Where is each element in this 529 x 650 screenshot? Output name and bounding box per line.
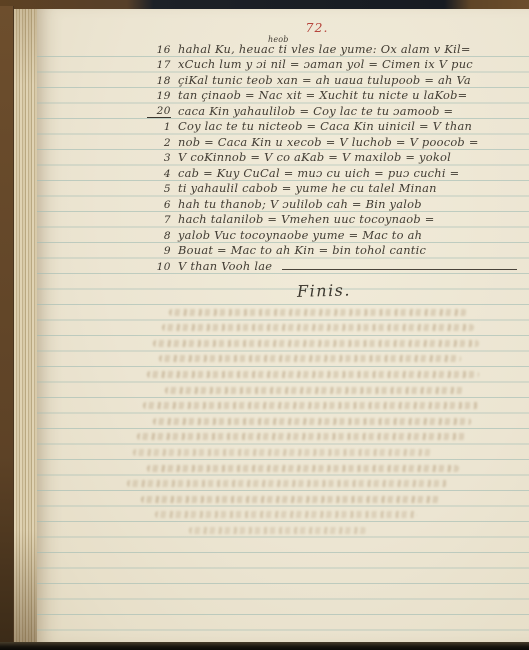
book-cover-spine bbox=[0, 6, 14, 650]
manuscript-page: 72. 16 hahal Ku, heuac ti vles lae yume:… bbox=[37, 9, 529, 642]
interlinear-correction: heob bbox=[268, 35, 289, 44]
line-text: hahal Ku, heuac ti vles lae yume: Ox ala… bbox=[178, 42, 471, 56]
line-number-label: 9 bbox=[147, 245, 171, 257]
line-number-label: 6 bbox=[147, 199, 171, 211]
finis-label: Finis. bbox=[297, 276, 518, 301]
manuscript-line: 18 çiKal tunic teob xan = ah uaua tulupo… bbox=[147, 71, 517, 87]
manuscript-line: 17 xCuch lum y ɔi nil = ɔaman yol = Cime… bbox=[147, 56, 517, 72]
line-text: tan çinaob = Nac xit = Xuchit tu nicte u… bbox=[178, 88, 467, 102]
folio-number: 72. bbox=[295, 20, 339, 35]
line-text: nob = Caca Kin u xecob = V luchob = V po… bbox=[178, 135, 479, 149]
manuscript-line: 10 V than Vooh lae bbox=[147, 257, 517, 273]
line-number-label: 8 bbox=[147, 230, 171, 242]
line-number-label: 18 bbox=[147, 75, 171, 87]
line-text: çiKal tunic teob xan = ah uaua tulupoob … bbox=[178, 73, 471, 87]
manuscript-photo: 72. 16 hahal Ku, heuac ti vles lae yume:… bbox=[0, 0, 529, 650]
line-text: Bouat = Mac to ah Kin = bin tohol cantic bbox=[178, 243, 426, 257]
line-text: hach talanilob = Vmehen uuc tocoynaob = bbox=[178, 212, 435, 226]
line-text: Coy lac te tu nicteob = Caca Kin uinicil… bbox=[178, 119, 472, 133]
manuscript-line: 9 Bouat = Mac to ah Kin = bin tohol cant… bbox=[147, 242, 517, 258]
manuscript-line: 16 hahal Ku, heuac ti vles lae yume: Ox … bbox=[147, 40, 517, 56]
line-text: V than Vooh lae bbox=[178, 259, 272, 273]
line-number-label: 19 bbox=[147, 90, 171, 102]
closing-rule-line bbox=[282, 269, 517, 270]
line-number-label: 1 bbox=[147, 121, 171, 133]
manuscript-line: 6 hah tu thanob; V ɔulilob cah = Bin yal… bbox=[147, 195, 517, 211]
line-number-label: 3 bbox=[147, 152, 171, 164]
manuscript-line: 3 V coKinnob = V co aKab = V maxilob = y… bbox=[147, 149, 517, 165]
line-text: yalob Vuc tocoynaobe yume = Mac to ah bbox=[178, 228, 422, 242]
line-number-label: 17 bbox=[147, 59, 171, 71]
line-text: ti yahaulil cabob = yume he cu talel Min… bbox=[178, 181, 437, 195]
line-text: V coKinnob = V co aKab = V maxilob = yok… bbox=[178, 150, 451, 164]
line-number-label: 10 bbox=[147, 261, 171, 273]
line-number-label: 20 bbox=[147, 105, 171, 118]
line-text: cab = Kuy CuCal = muɔ cu uich = puɔ cuch… bbox=[178, 166, 459, 180]
line-number-label: 4 bbox=[147, 168, 171, 180]
bleedthrough-writing bbox=[107, 302, 513, 536]
line-text: caca Kin yahaulilob = Coy lac te tu ɔamo… bbox=[178, 104, 453, 118]
manuscript-line: 1 Coy lac te tu nicteob = Caca Kin uinic… bbox=[147, 118, 517, 134]
line-number-label: 5 bbox=[147, 183, 171, 195]
manuscript-line: 2 nob = Caca Kin u xecob = V luchob = V … bbox=[147, 133, 517, 149]
manuscript-line: 7 hach talanilob = Vmehen uuc tocoynaob … bbox=[147, 211, 517, 227]
manuscript-text-block: 16 hahal Ku, heuac ti vles lae yume: Ox … bbox=[147, 40, 517, 298]
line-text: xCuch lum y ɔi nil = ɔaman yol = Cimen i… bbox=[178, 57, 473, 71]
book-top-edge bbox=[0, 0, 529, 9]
book-bottom-edge bbox=[0, 642, 529, 650]
page-edge-stack bbox=[14, 9, 37, 645]
line-number-label: 7 bbox=[147, 214, 171, 226]
manuscript-line: 8 yalob Vuc tocoynaobe yume = Mac to ah bbox=[147, 226, 517, 242]
line-number-label: 2 bbox=[147, 137, 171, 149]
manuscript-line: 4 cab = Kuy CuCal = muɔ cu uich = puɔ cu… bbox=[147, 164, 517, 180]
line-number-label: 16 bbox=[147, 44, 171, 56]
line-text: hah tu thanob; V ɔulilob cah = Bin yalob bbox=[178, 197, 422, 211]
manuscript-line: 5 ti yahaulil cabob = yume he cu talel M… bbox=[147, 180, 517, 196]
manuscript-line: 19 tan çinaob = Nac xit = Xuchit tu nict… bbox=[147, 87, 517, 103]
manuscript-line: 20 caca Kin yahaulilob = Coy lac te tu ɔ… bbox=[147, 102, 517, 118]
